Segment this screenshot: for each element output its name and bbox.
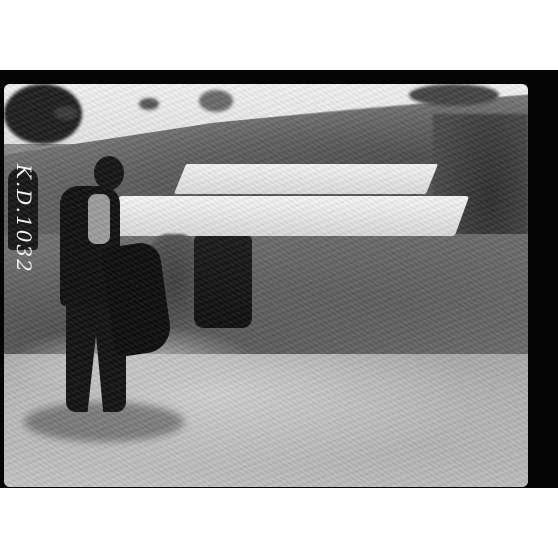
tree-right [409, 84, 499, 106]
soldier-head [94, 156, 124, 190]
trench-entrance [194, 236, 252, 328]
camouflage-canvas-front [105, 196, 470, 236]
soldier-arm [88, 194, 110, 244]
camouflage-canvas-back [174, 164, 438, 194]
plate-inscription: K.D.1032 [12, 164, 36, 274]
photograph [4, 84, 528, 487]
tree-horizon-small [139, 98, 159, 110]
tree-horizon [199, 90, 233, 112]
photo-plate-frame: K.D.1032 [0, 70, 558, 488]
tree-small [54, 106, 78, 120]
